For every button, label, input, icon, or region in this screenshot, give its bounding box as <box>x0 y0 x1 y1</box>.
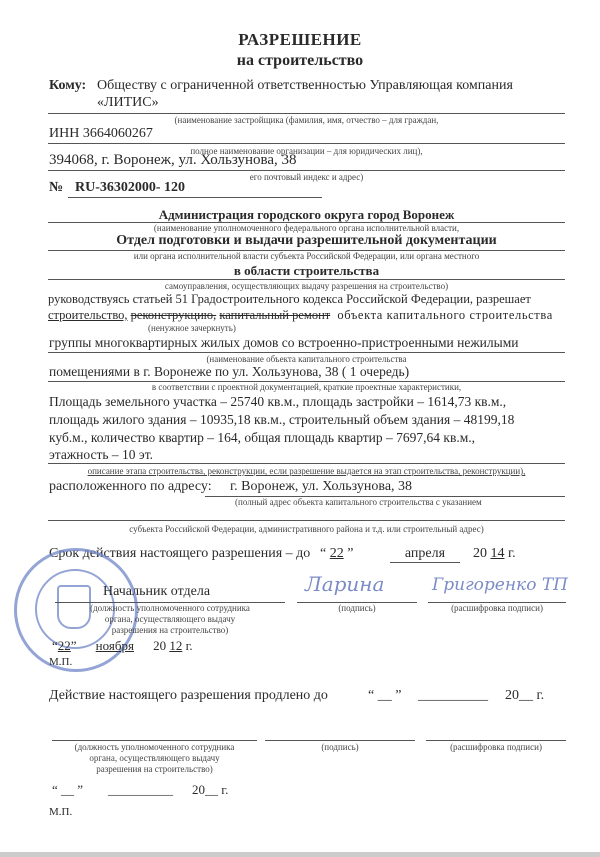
specs-line3: куб.м., количество квартир – 164, общая … <box>49 430 475 446</box>
permit-number-symbol: № <box>49 180 63 196</box>
caption-object-name: (наименование объекта капитального строи… <box>48 354 565 364</box>
caption-signatory-position3: разрешения на строительство) <box>55 625 285 635</box>
caption-signatory-position2: органа, осуществляющего выдачу <box>55 614 285 624</box>
extension-month-blank: __________ <box>418 688 488 704</box>
object-name-line2: помещениями в г. Воронеже по ул. Хользун… <box>49 364 409 380</box>
permit-type-line: строительство, реконструкцию, капитальны… <box>48 308 565 323</box>
recipient-inn: ИНН 3664060267 <box>49 126 153 142</box>
validity-year: 20 14 г. <box>473 546 516 562</box>
caption-extension-signature: (подпись) <box>265 742 415 752</box>
extension-date-year-blank: 20__ г. <box>192 782 228 798</box>
caption-authority-local: самоуправления, осуществляющих выдачу ра… <box>48 281 565 291</box>
caption-project-docs: в соответствии с проектной документацией… <box>48 382 565 392</box>
caption-full-address: (полный адрес объекта капитального строи… <box>235 497 482 507</box>
decoded-signature: Григоренко ТП <box>432 575 568 595</box>
caption-address-detail: субъекта Российской Федерации, администр… <box>48 524 565 534</box>
caption-signatory-position: (должность уполномоченного сотрудника <box>55 603 285 613</box>
location-value: г. Воронеж, ул. Хользунова, 38 <box>230 479 412 495</box>
extension-day-blank: “ __ ” <box>368 688 401 704</box>
caption-authority-federal: (наименование уполномоченного федерально… <box>48 223 565 233</box>
caption-strike-out: (ненужное зачеркнуть) <box>148 323 236 333</box>
object-type-text: объекта капитального строительства <box>337 308 553 322</box>
document-subtitle: на строительство <box>0 52 600 70</box>
object-name-line1: группы многоквартирных жилых домов со вс… <box>49 335 518 351</box>
validity-month: апреля <box>390 546 460 563</box>
authority-line3: в области строительства <box>48 263 565 279</box>
extension-seal-label: М.П. <box>49 806 72 818</box>
document-title: РАЗРЕШЕНИЕ <box>0 30 600 50</box>
scan-edge <box>0 852 600 857</box>
recipient-address: 394068, г. Воронеж, ул. Хользунова, 38 <box>49 152 297 169</box>
seal-label: М.П. <box>49 656 72 668</box>
caption-authority-regional: или органа исполнительной власти субъект… <box>48 251 565 261</box>
authority-line1: Администрация городского округа город Во… <box>48 207 565 223</box>
permit-number-value: RU-36302000- 120 <box>75 180 185 196</box>
guided-by-text: руководствуясь статьей 51 Градостроитель… <box>48 292 565 307</box>
recipient-name-line2: «ЛИТИС» <box>97 95 159 111</box>
option-capital-repair: капитальный ремонт <box>219 308 330 322</box>
option-reconstruction: реконструкцию, <box>131 308 217 322</box>
specs-line1: Площадь земельного участка – 25740 кв.м.… <box>49 394 506 410</box>
validity-day: “ 22 ” <box>320 546 353 562</box>
location-label: расположенного по адресу: <box>49 479 212 495</box>
caption-decoded-signature: (расшифровка подписи) <box>428 603 566 613</box>
caption-extension-position2: органа, осуществляющего выдачу <box>52 753 257 763</box>
extension-year-blank: 20__ г. <box>505 688 544 704</box>
caption-extension-position: (должность уполномоченного сотрудника <box>52 742 257 752</box>
signature: Ларина <box>305 572 384 596</box>
authority-line2: Отдел подготовки и выдачи разрешительной… <box>48 233 565 249</box>
issue-date: “22” ноября 20 12 г. <box>52 638 193 654</box>
caption-signature: (подпись) <box>297 603 417 613</box>
specs-line2: площадь жилого здания – 10935,18 кв.м., … <box>49 412 514 428</box>
caption-extension-decode: (расшифровка подписи) <box>426 742 566 752</box>
recipient-name-line1: Обществу с ограниченной ответственностью… <box>97 78 513 94</box>
caption-developer: (наименование застройщика (фамилия, имя,… <box>48 115 565 125</box>
recipient-label: Кому: <box>49 78 86 94</box>
caption-extension-position3: разрешения на строительство) <box>52 764 257 774</box>
extension-date-month-blank: __________ <box>108 782 173 798</box>
signatory-position: Начальник отдела <box>103 584 210 600</box>
caption-stage: описание этапа строительства, реконструк… <box>48 466 565 476</box>
extension-date-day-blank: “ __ ” <box>52 782 83 798</box>
specs-line4: этажность – 10 эт. <box>49 447 153 463</box>
option-construction: строительство, <box>48 308 128 322</box>
extension-label: Действие настоящего разрешения продлено … <box>49 688 328 704</box>
